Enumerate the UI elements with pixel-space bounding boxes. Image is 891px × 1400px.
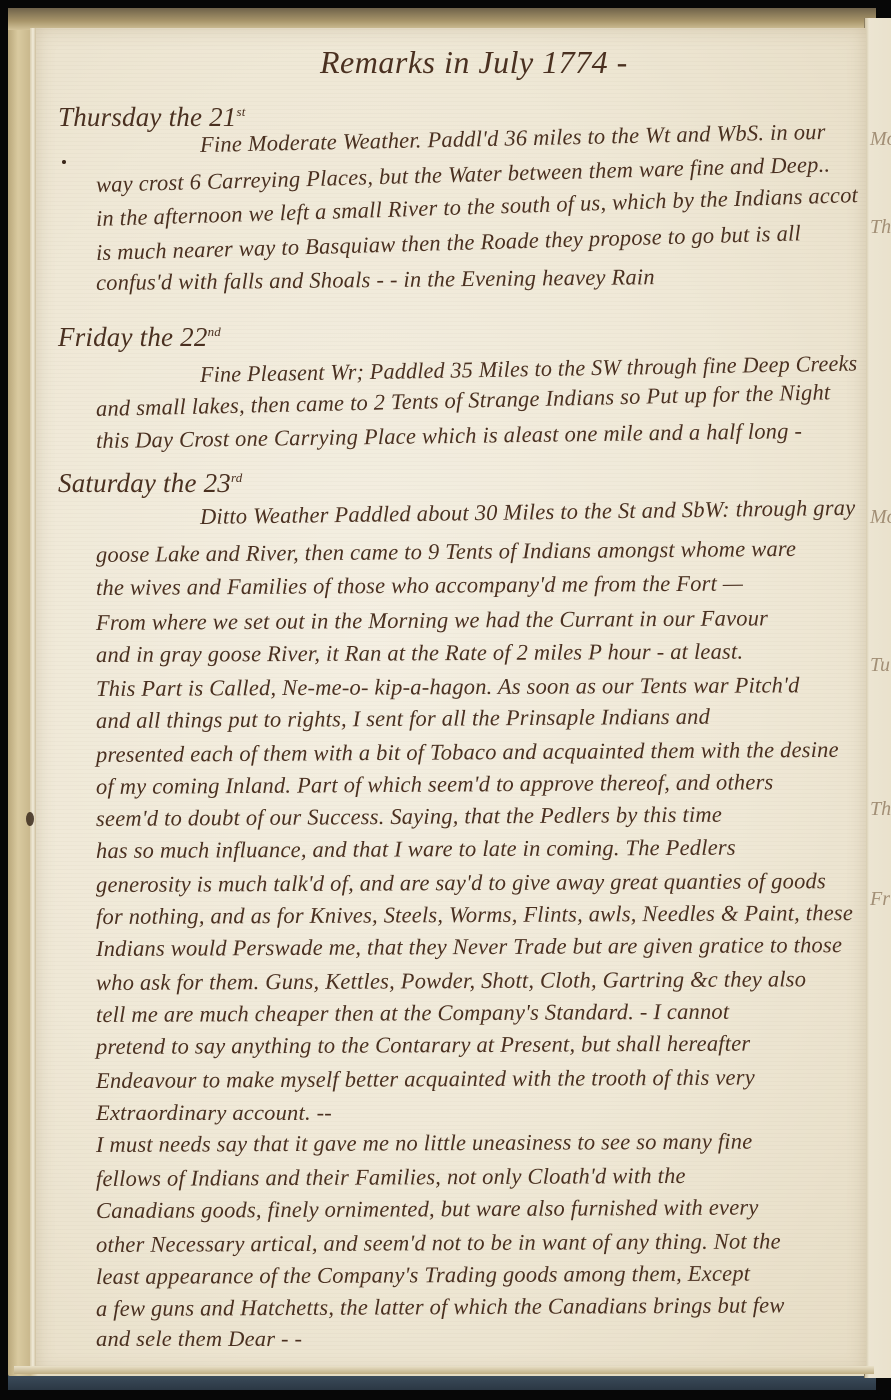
next-page-fragment: Th — [870, 798, 891, 821]
entry-line: and sele them Dear - - — [96, 1326, 302, 1352]
entry-line: seem'd to doubt of our Success. Saying, … — [96, 802, 722, 832]
entry-line: and in gray goose River, it Ran at the R… — [96, 639, 743, 668]
ink-dot — [62, 160, 66, 164]
ink-blot — [26, 812, 34, 826]
heading-text: Friday the 22 — [58, 322, 208, 352]
entry-line: for nothing, and as for Knives, Steels, … — [96, 900, 853, 930]
entry-line: and all things put to rights, I sent for… — [96, 704, 710, 734]
entry-line: of my coming Inland. Part of which seem'… — [96, 769, 774, 800]
next-page-fragment: Tu — [870, 654, 890, 677]
entry-line: Endeavour to make myself better acquaint… — [96, 1065, 755, 1094]
entry-line: This Part is Called, Ne-me-o- kip-a-hago… — [96, 672, 800, 702]
entry-line: who ask for them. Guns, Kettles, Powder,… — [96, 966, 806, 996]
entry-line: has so much influance, and that I ware t… — [96, 835, 736, 864]
next-page-fragment: Mo — [870, 506, 891, 529]
heading-ordinal: nd — [208, 324, 221, 339]
next-page-fragment: Mo — [870, 128, 891, 151]
entry-heading-saturday: Saturday the 23rd — [58, 468, 242, 499]
entry-heading-thursday: Thursday the 21st — [58, 102, 246, 133]
entry-line: presented each of them with a bit of Tob… — [96, 737, 839, 768]
page-title: Remarks in July 1774 - — [320, 44, 628, 81]
entry-line: tell me are much cheaper then at the Com… — [96, 999, 729, 1028]
entry-line: Indians would Perswade me, that they Nev… — [96, 932, 842, 962]
page-bottom-edge — [14, 1366, 874, 1374]
entry-line: the wives and Families of those who acco… — [96, 570, 743, 601]
entry-line: pretend to say anything to the Contarary… — [96, 1031, 750, 1060]
next-page-fragment: Th — [870, 216, 891, 239]
entry-line: From where we set out in the Morning we … — [96, 605, 768, 636]
entry-line: Extraordinary account. -- — [96, 1100, 332, 1126]
heading-ordinal: st — [237, 104, 246, 119]
entry-line: Canadians goods, finely ornimented, but … — [96, 1195, 759, 1224]
heading-text: Saturday the 23 — [58, 468, 231, 498]
book-cover-top-edge — [8, 8, 876, 30]
entry-line: a few guns and Hatchetts, the latter of … — [96, 1292, 785, 1322]
entry-line: least appearance of the Company's Tradin… — [96, 1261, 750, 1290]
entry-line: other Necessary artical, and seem'd not … — [96, 1228, 781, 1258]
next-page-fragment: Fri — [870, 888, 891, 911]
next-page-edge: Mo Th Mo Tu Th Fri — [864, 18, 891, 1378]
entry-heading-friday: Friday the 22nd — [58, 322, 221, 353]
heading-text: Thursday the 21 — [58, 102, 237, 132]
entry-line: generosity is much talk'd of, and are sa… — [96, 868, 826, 898]
heading-ordinal: rd — [231, 470, 242, 485]
entry-line: I must needs say that it gave me no litt… — [96, 1129, 752, 1158]
entry-line: fellows of Indians and their Families, n… — [96, 1163, 686, 1192]
